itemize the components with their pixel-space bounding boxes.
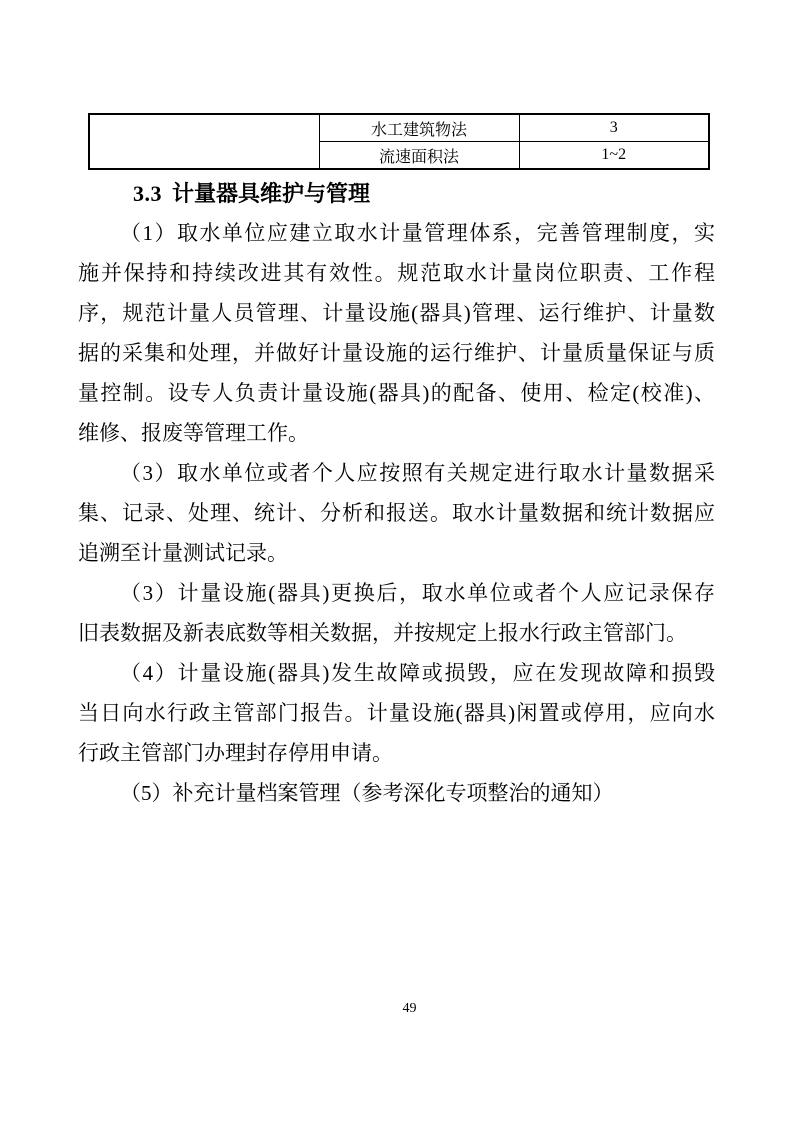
body-text: （1）取水单位应建立取水计量管理体系，完善管理制度，实 施并保持和持续改进其有效… [78, 213, 715, 813]
measurement-methods-table: 水工建筑物法 3 流速面积法 1~2 [88, 113, 710, 170]
paragraph-line: 量控制。设专人负责计量设施(器具)的配备、使用、检定(校准)、 [78, 373, 715, 413]
section-title: 计量器具维护与管理 [172, 181, 370, 206]
section-number: 3.3 [133, 181, 162, 206]
paragraph-line: 行政主管部门办理封存停用申请。 [78, 733, 715, 773]
table-cell-value-1: 3 [519, 114, 709, 142]
paragraph-line: （4）计量设施(器具)发生故障或损毁，应在发现故障和损毁 [78, 653, 715, 693]
table-cell-method-1: 水工建筑物法 [319, 114, 519, 142]
paragraph-line: 据的采集和处理，并做好计量设施的运行维护、计量质量保证与质 [78, 333, 715, 373]
paragraph-line: （1）取水单位应建立取水计量管理体系，完善管理制度，实 [78, 213, 715, 253]
paragraph-line: （3）计量设施(器具)更换后，取水单位或者个人应记录保存 [78, 573, 715, 613]
paragraph-line: 追溯至计量测试记录。 [78, 533, 715, 573]
table-cell-method-2: 流速面积法 [319, 142, 519, 170]
paragraph-line: 维修、报废等管理工作。 [78, 413, 715, 453]
paragraph-line: 旧表数据及新表底数等相关数据，并按规定上报水行政主管部门。 [78, 613, 715, 653]
document-page: 水工建筑物法 3 流速面积法 1~2 3.3计量器具维护与管理 （1）取水单位应… [0, 0, 793, 1122]
paragraph-line: 序，规范计量人员管理、计量设施(器具)管理、运行维护、计量数 [78, 293, 715, 333]
paragraph-line: 集、记录、处理、统计、分析和报送。取水计量数据和统计数据应 [78, 493, 715, 533]
table-cell-value-2: 1~2 [519, 142, 709, 170]
page-number: 49 [0, 1000, 793, 1018]
table-row: 水工建筑物法 3 [89, 114, 709, 142]
paragraph-line: （5）补充计量档案管理（参考深化专项整治的通知） [78, 773, 715, 813]
table-cell-merged-empty [89, 114, 319, 169]
paragraph-line: （3）取水单位或者个人应按照有关规定进行取水计量数据采 [78, 453, 715, 493]
paragraph-line: 当日向水行政主管部门报告。计量设施(器具)闲置或停用，应向水 [78, 693, 715, 733]
section-heading: 3.3计量器具维护与管理 [133, 181, 370, 207]
paragraph-line: 施并保持和持续改进其有效性。规范取水计量岗位职责、工作程 [78, 253, 715, 293]
